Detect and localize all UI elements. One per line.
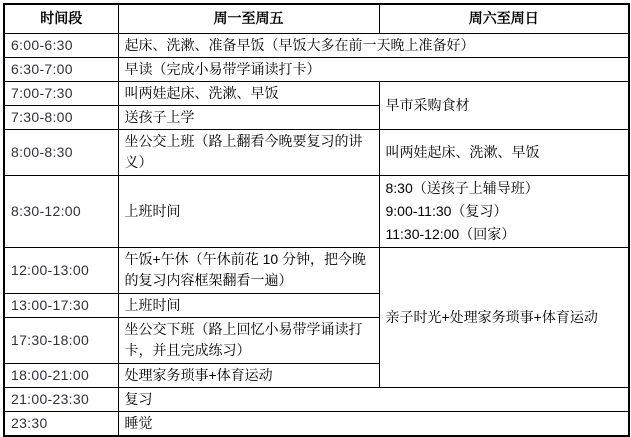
time-cell: 8:00-8:30 (4, 129, 118, 175)
table-row: 21:00-23:30 复习 (4, 387, 629, 411)
header-row: 时间段 周一至周五 周六至周日 (4, 4, 629, 33)
weekend-cell: 叫两娃起床、洗漱、早饭 (379, 129, 629, 175)
weekday-cell: 复习 (118, 387, 629, 411)
table-row: 8:00-8:30 坐公交上班（路上翻看今晚要复习的讲义） 叫两娃起床、洗漱、早… (4, 129, 629, 175)
time-cell: 21:00-23:30 (4, 387, 118, 411)
header-time: 时间段 (4, 4, 118, 33)
time-cell: 6:00-6:30 (4, 33, 118, 57)
weekday-cell: 上班时间 (118, 293, 379, 317)
weekday-cell: 午饭+午休（午休前花 10 分钟，把今晚的复习内容框架翻看一遍） (118, 247, 379, 293)
weekend-cell: 早市采购食材 (379, 81, 629, 129)
weekend-line: 11:30-12:00（回家） (386, 223, 623, 246)
time-cell: 12:00-13:00 (4, 247, 118, 293)
header-weekend: 周六至周日 (379, 4, 629, 33)
weekend-line: 8:30（送孩子上辅导班） (386, 177, 623, 200)
table-row: 12:00-13:00 午饭+午休（午休前花 10 分钟，把今晚的复习内容框架翻… (4, 247, 629, 293)
header-weekday: 周一至周五 (118, 4, 379, 33)
weekend-cell: 亲子时光+处理家务琐事+体育运动 (379, 247, 629, 387)
weekday-cell: 上班时间 (118, 175, 379, 247)
time-cell: 6:30-7:00 (4, 57, 118, 81)
weekday-cell: 起床、洗漱、准备早饭（早饭大多在前一天晚上准备好） (118, 33, 629, 57)
table-row: 8:30-12:00 上班时间 8:30（送孩子上辅导班） 9:00-11:30… (4, 175, 629, 247)
weekday-cell: 坐公交上班（路上翻看今晚要复习的讲义） (118, 129, 379, 175)
time-cell: 13:00-17:30 (4, 293, 118, 317)
table-row: 7:00-7:30 叫两娃起床、洗漱、早饭 早市采购食材 (4, 81, 629, 105)
weekday-cell: 送孩子上学 (118, 105, 379, 129)
schedule-table: 时间段 周一至周五 周六至周日 6:00-6:30 起床、洗漱、准备早饭（早饭大… (3, 3, 630, 437)
weekday-cell: 处理家务琐事+体育运动 (118, 363, 379, 387)
weekend-cell: 8:30（送孩子上辅导班） 9:00-11:30（复习） 11:30-12:00… (379, 175, 629, 247)
weekday-cell: 叫两娃起床、洗漱、早饭 (118, 81, 379, 105)
schedule-page: 时间段 周一至周五 周六至周日 6:00-6:30 起床、洗漱、准备早饭（早饭大… (0, 0, 631, 432)
table-row: 6:30-7:00 早读（完成小易带学诵读打卡） (4, 57, 629, 81)
weekday-cell: 早读（完成小易带学诵读打卡） (118, 57, 629, 81)
weekend-line: 9:00-11:30（复习） (386, 200, 623, 223)
time-cell: 7:00-7:30 (4, 81, 118, 105)
time-cell: 7:30-8:00 (4, 105, 118, 129)
time-cell: 18:00-21:00 (4, 363, 118, 387)
time-cell: 17:30-18:00 (4, 317, 118, 363)
time-cell: 8:30-12:00 (4, 175, 118, 247)
table-row: 6:00-6:30 起床、洗漱、准备早饭（早饭大多在前一天晚上准备好） (4, 33, 629, 57)
weekday-cell: 坐公交下班（路上回忆小易带学诵读打卡，并且完成练习） (118, 317, 379, 363)
